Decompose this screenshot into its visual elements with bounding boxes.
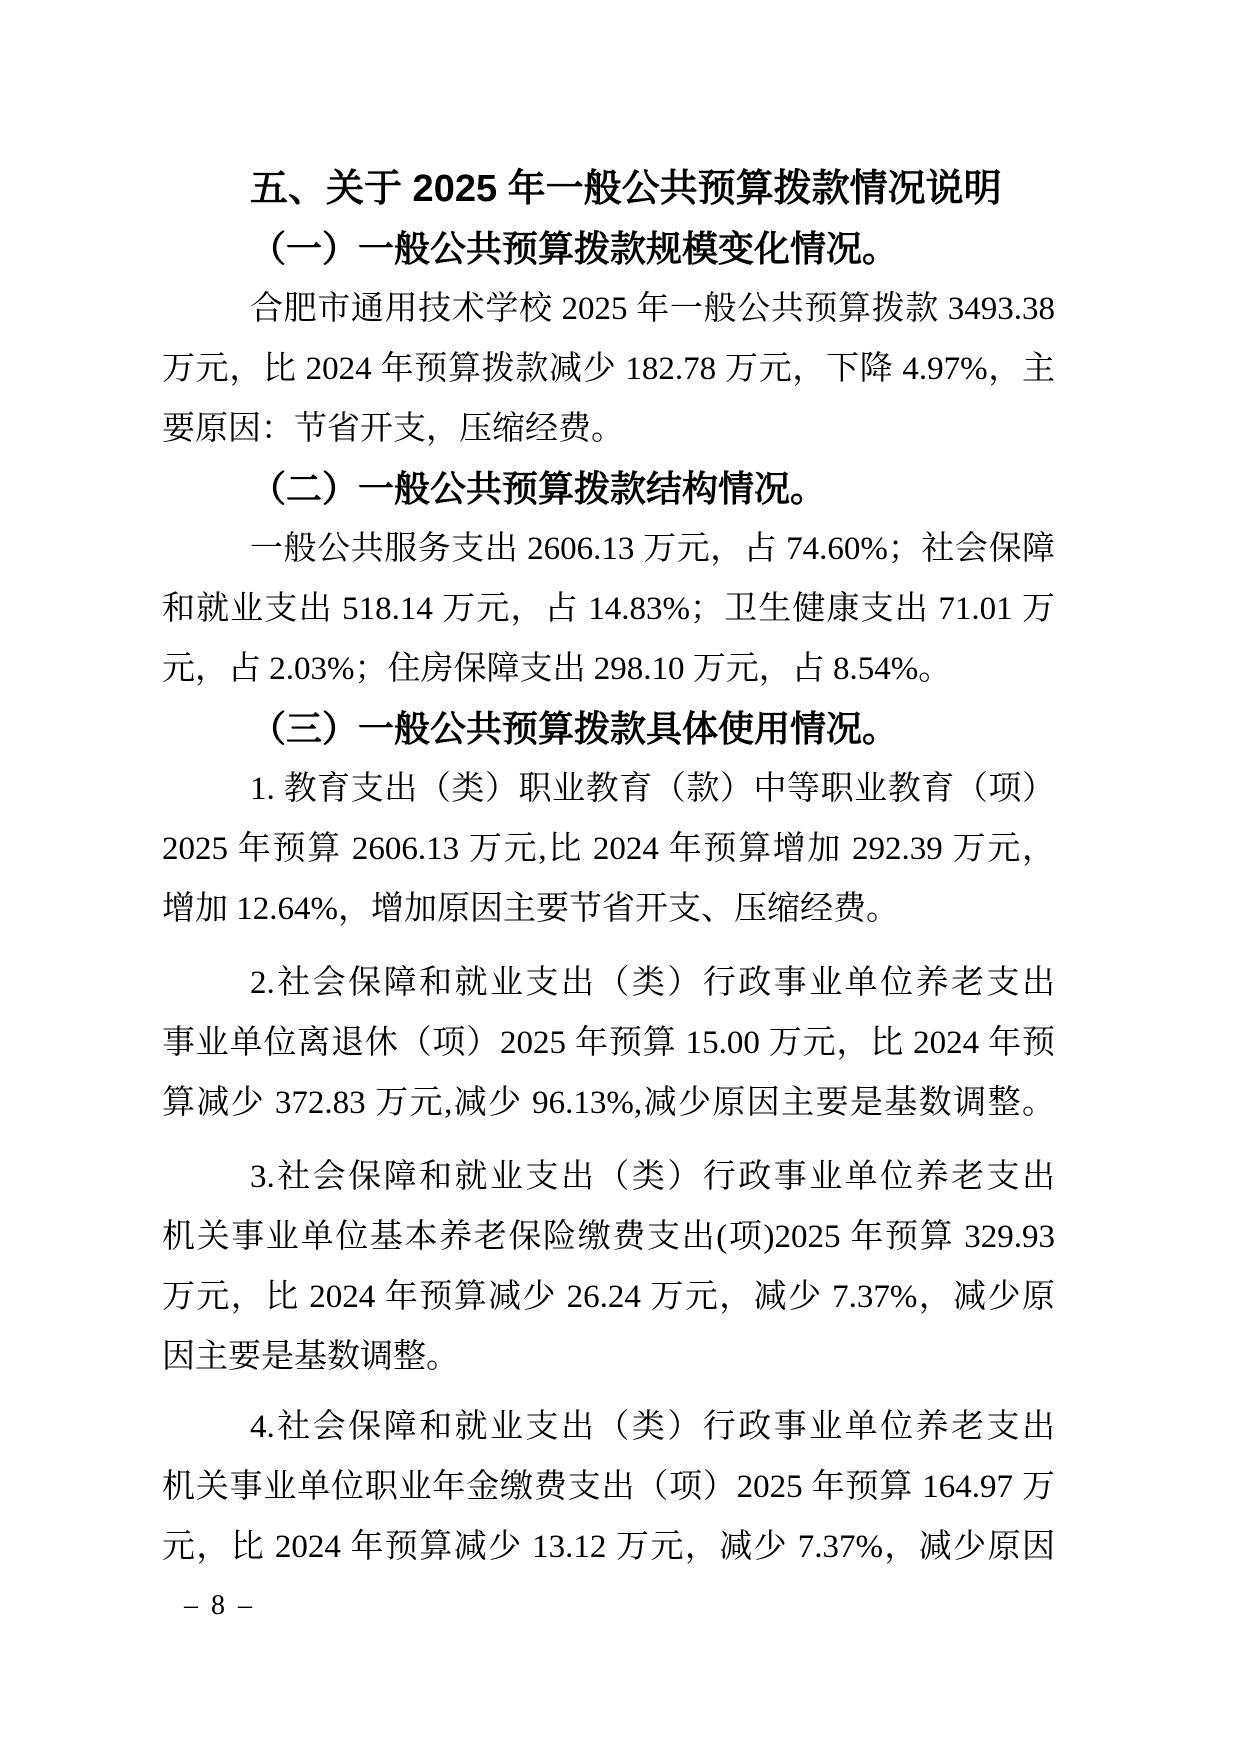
subsection-heading: （一）一般公共预算拨款规模变化情况。 (162, 219, 1055, 279)
text-line: 4.社会保障和就业支出（类）行政事业单位养老支出（款） (162, 1397, 1055, 1457)
paragraph: 1. 教育支出（类）职业教育（款）中等职业教育（项）2025 年预算 2606.… (162, 759, 1055, 939)
blocks: （一）一般公共预算拨款规模变化情况。合肥市通用技术学校 2025 年一般公共预算… (162, 219, 1055, 1577)
text-line: 一般公共服务支出 2606.13 万元，占 74.60%；社会保障 (162, 519, 1055, 579)
page-number: – 8 – (184, 1588, 255, 1624)
text-line: 事业单位离退休（项）2025 年预算 15.00 万元，比 2024 年预 (162, 1013, 1055, 1073)
paragraph: 一般公共服务支出 2606.13 万元，占 74.60%；社会保障和就业支出 5… (162, 519, 1055, 699)
text-line: 2.社会保障和就业支出（类）行政事业单位养老支出（款） (162, 953, 1055, 1013)
paragraph: 2.社会保障和就业支出（类）行政事业单位养老支出（款）事业单位离退休（项）202… (162, 953, 1055, 1133)
document-page: 五、关于 2025 年一般公共预算拨款情况说明 （一）一般公共预算拨款规模变化情… (0, 0, 1239, 1754)
text-line: 因主要是基数调整。 (162, 1327, 1055, 1387)
text-line: 和就业支出 518.14 万元，占 14.83%；卫生健康支出 71.01 万 (162, 579, 1055, 639)
section-heading: 五、关于 2025 年一般公共预算拨款情况说明 (162, 159, 1055, 219)
document-body: 五、关于 2025 年一般公共预算拨款情况说明 （一）一般公共预算拨款规模变化情… (162, 159, 1055, 1577)
paragraph: 4.社会保障和就业支出（类）行政事业单位养老支出（款）机关事业单位职业年金缴费支… (162, 1397, 1055, 1577)
text-line: 要原因：节省开支，压缩经费。 (162, 399, 1055, 459)
text-line: 机关事业单位基本养老保险缴费支出(项)2025 年预算 329.93 (162, 1207, 1055, 1267)
text-line: 算减少 372.83 万元,减少 96.13%,减少原因主要是基数调整。 (162, 1073, 1055, 1133)
text-line: 万元，比 2024 年预算拨款减少 182.78 万元，下降 4.97%，主 (162, 339, 1055, 399)
subsection-heading: （三）一般公共预算拨款具体使用情况。 (162, 699, 1055, 759)
subsection: （三）一般公共预算拨款具体使用情况。 (162, 699, 1055, 759)
text-line: 合肥市通用技术学校 2025 年一般公共预算拨款 3493.38 (162, 279, 1055, 339)
paragraph: 3.社会保障和就业支出（类）行政事业单位养老支出（款）机关事业单位基本养老保险缴… (162, 1147, 1055, 1387)
subsection-heading: （二）一般公共预算拨款结构情况。 (162, 459, 1055, 519)
text-line: 万元，比 2024 年预算减少 26.24 万元，减少 7.37%，减少原 (162, 1267, 1055, 1327)
paragraph: 合肥市通用技术学校 2025 年一般公共预算拨款 3493.38万元，比 202… (162, 279, 1055, 459)
text-line: 元，占 2.03%；住房保障支出 298.10 万元，占 8.54%。 (162, 639, 1055, 699)
text-line: 3.社会保障和就业支出（类）行政事业单位养老支出（款） (162, 1147, 1055, 1207)
text-line: 1. 教育支出（类）职业教育（款）中等职业教育（项） (162, 759, 1055, 819)
text-line: 2025 年预算 2606.13 万元,比 2024 年预算增加 292.39 … (162, 819, 1055, 879)
subsection: （一）一般公共预算拨款规模变化情况。 (162, 219, 1055, 279)
text-line: 机关事业单位职业年金缴费支出（项）2025 年预算 164.97 万 (162, 1457, 1055, 1517)
text-line: 增加 12.64%，增加原因主要节省开支、压缩经费。 (162, 879, 1055, 939)
subsection: （二）一般公共预算拨款结构情况。 (162, 459, 1055, 519)
text-line: 元，比 2024 年预算减少 13.12 万元，减少 7.37%，减少原因 (162, 1517, 1055, 1577)
